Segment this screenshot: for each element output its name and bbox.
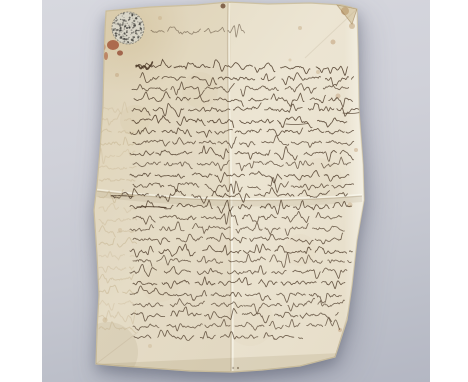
wax-stain: [107, 40, 119, 50]
bottom-left-shading: [78, 322, 138, 382]
embossed-paper-seal-icon: [112, 12, 144, 44]
foxing-spot: [221, 4, 226, 9]
foxing-spot: [316, 70, 320, 74]
manuscript-letter-photo: [0, 0, 468, 382]
letter-paper: [68, 0, 366, 382]
paper-blotch: [298, 158, 342, 202]
foxing-spot: [115, 73, 119, 77]
photo-frame: [0, 0, 468, 382]
wax-stain: [117, 50, 123, 55]
foxing-spot: [148, 344, 152, 348]
foxing-spot: [158, 16, 162, 20]
foxing-spot: [331, 40, 336, 45]
wax-stain: [104, 52, 108, 60]
foxing-spot: [354, 148, 358, 152]
foxing-spot: [237, 367, 239, 369]
foxing-spot: [338, 328, 342, 332]
foxing-spot: [289, 59, 292, 62]
foxing-spot: [298, 26, 302, 30]
